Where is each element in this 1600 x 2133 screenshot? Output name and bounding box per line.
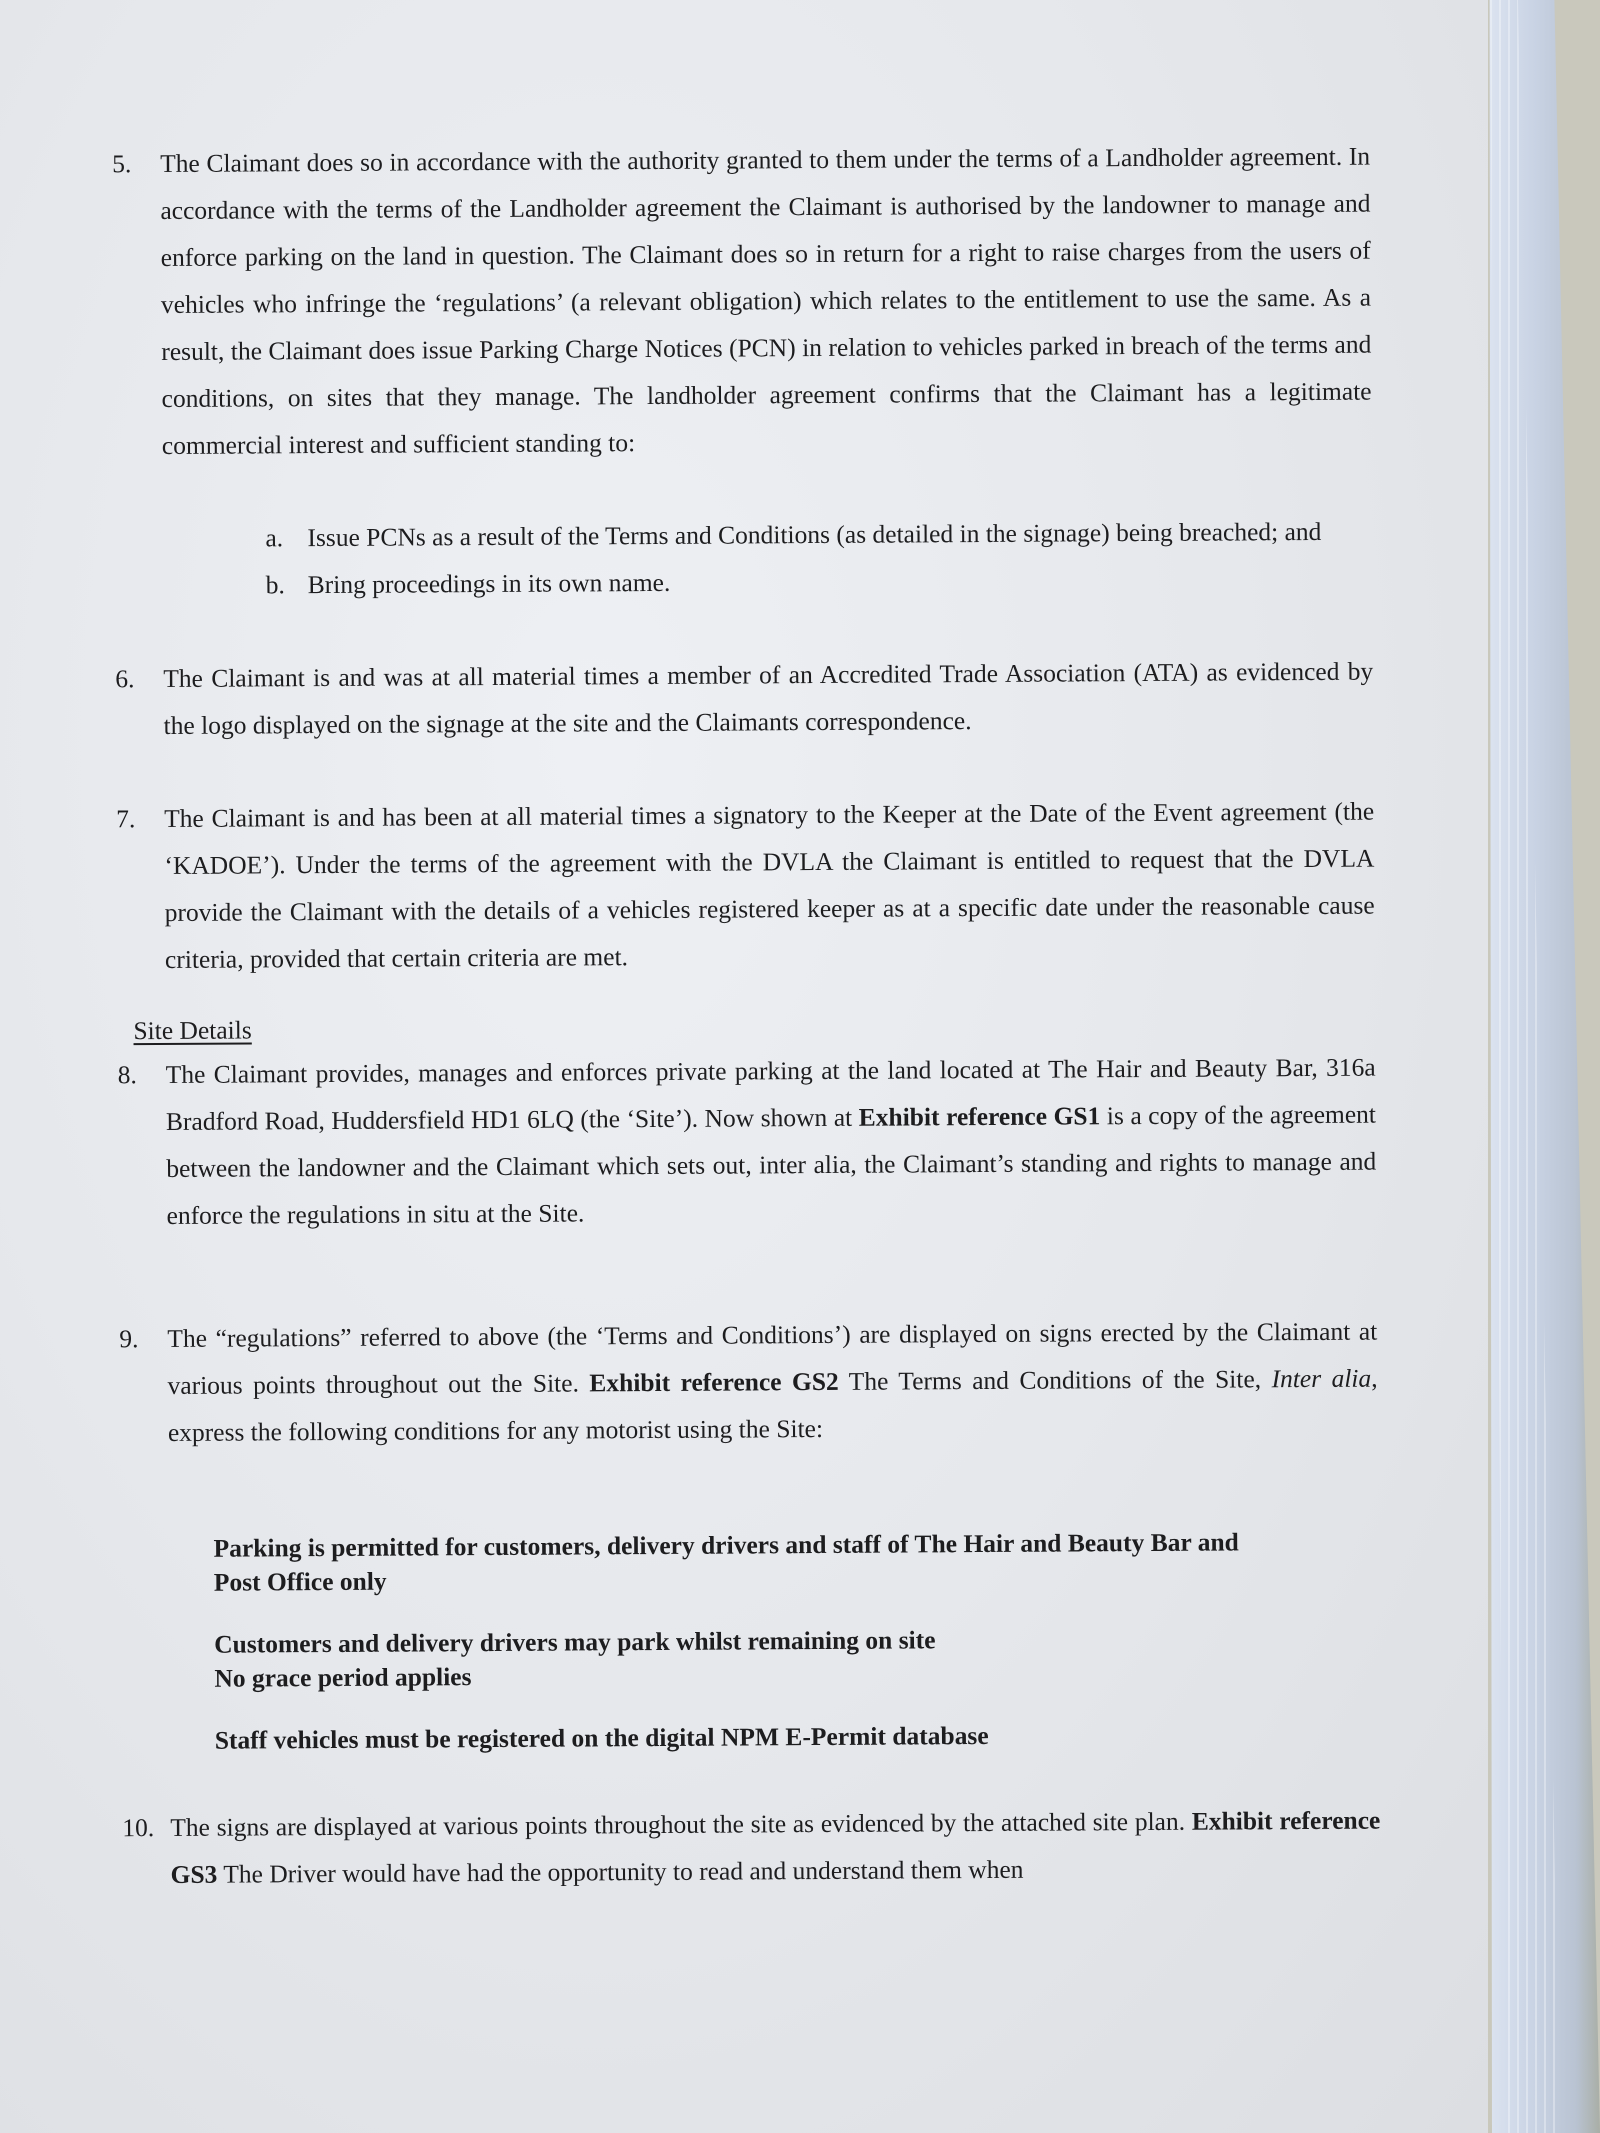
paragraph-number: 9. xyxy=(119,1315,138,1362)
paragraph-7: 7. The Claimant is and has been at all m… xyxy=(164,788,1375,983)
signage-conditions: Parking is permitted for customers, deli… xyxy=(214,1525,1380,1758)
paragraph-number: 5. xyxy=(112,140,131,187)
paragraph-5: 5. The Claimant does so in accordance wi… xyxy=(160,133,1372,469)
paragraph-number: 10. xyxy=(122,1804,154,1851)
paragraph-number: 8. xyxy=(118,1051,137,1098)
subitem-b: b. Bring proceedings in its own name. xyxy=(308,555,1373,609)
document-page: 5. The Claimant does so in accordance wi… xyxy=(0,0,1488,2133)
paragraph-text: The Terms and Conditions of the Site, xyxy=(839,1364,1272,1396)
paragraph-text: The Claimant is and was at all material … xyxy=(163,657,1373,740)
paragraph-text: The Claimant does so in accordance with … xyxy=(160,142,1372,460)
condition-line: Parking is permitted for customers, deli… xyxy=(214,1525,1379,1566)
paragraph-number: 6. xyxy=(115,655,134,702)
paragraph-8: 8. The Claimant provides, manages and en… xyxy=(166,1044,1377,1239)
subitem-marker: a. xyxy=(265,514,283,561)
paragraph-number: 7. xyxy=(116,795,135,842)
exhibit-reference: Exhibit reference GS1 xyxy=(859,1101,1101,1131)
paragraph-10: 10. The signs are displayed at various p… xyxy=(170,1797,1381,1898)
paragraph-text: The Driver would have had the opportunit… xyxy=(217,1855,1023,1889)
paragraph-9: 9. The “regulations” referred to above (… xyxy=(167,1308,1378,1456)
document-body: 5. The Claimant does so in accordance wi… xyxy=(160,133,1381,1898)
italic-text: Inter alia xyxy=(1271,1364,1371,1394)
subitem-text: Bring proceedings in its own name. xyxy=(308,568,671,599)
subitem-marker: b. xyxy=(266,561,285,608)
subitem-a: a. Issue PCNs as a result of the Terms a… xyxy=(307,508,1372,562)
paragraph-text: The Claimant is and has been at all mate… xyxy=(164,797,1375,974)
paragraph-text: The signs are displayed at various point… xyxy=(170,1807,1192,1842)
paragraph-6: 6. The Claimant is and was at all materi… xyxy=(163,648,1374,749)
exhibit-reference: Exhibit reference GS2 xyxy=(589,1367,839,1398)
subitem-text: Issue PCNs as a result of the Terms and … xyxy=(307,517,1321,552)
